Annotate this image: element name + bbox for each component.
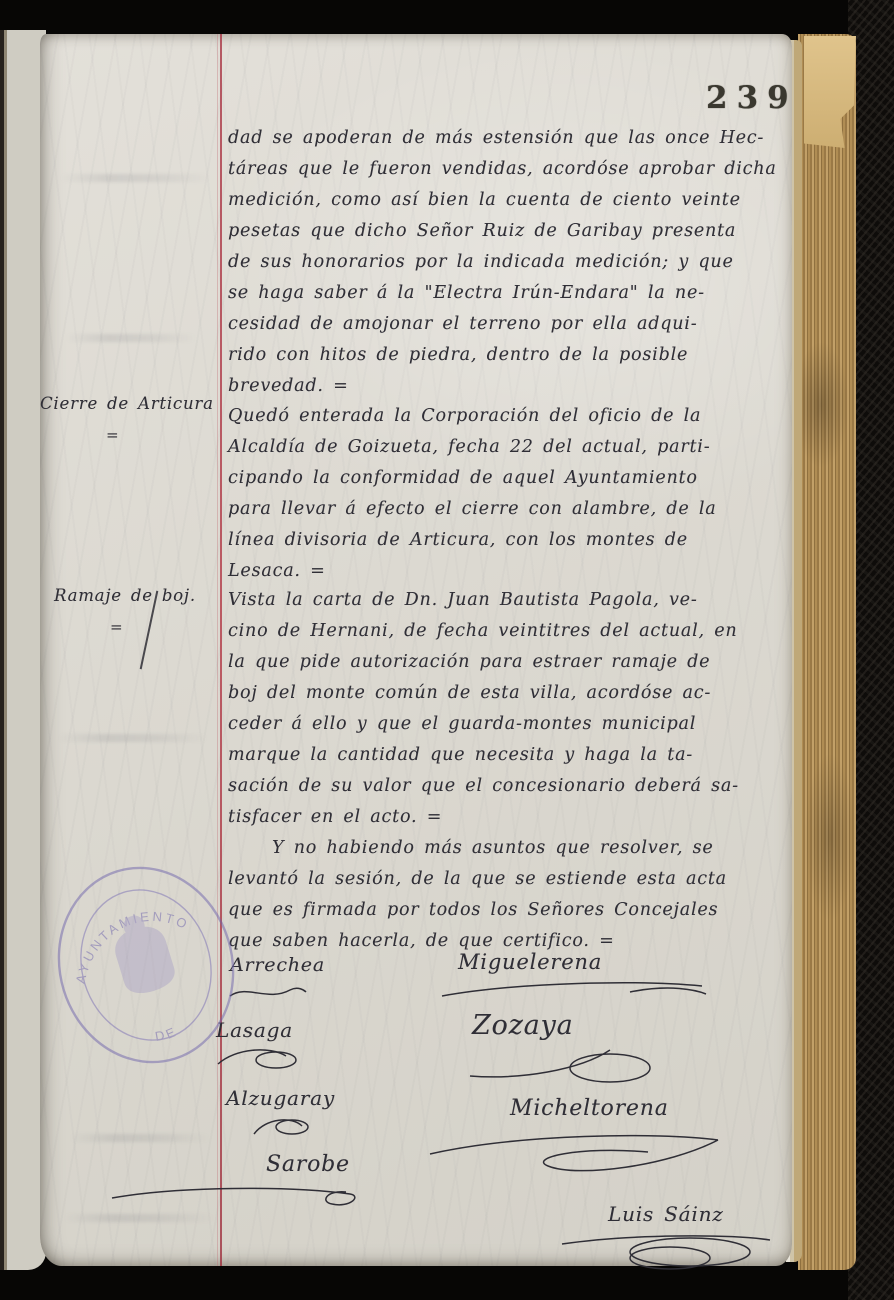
manuscript-page: 239 dad se apoderan de más estensión que… [40, 34, 792, 1266]
text-line: sación de su valor que el concesionario … [228, 776, 739, 796]
text-line: línea divisoria de Articura, con los mon… [228, 530, 688, 550]
text-line: boj del monte común de esta villa, acord… [228, 683, 711, 703]
text-line: rido con hitos de piedra, dentro de la p… [228, 345, 688, 365]
signature-rubric [440, 978, 710, 1004]
margin-note-mark: = [106, 426, 119, 444]
signature-sarobe: Sarobe [266, 1152, 350, 1177]
signature-alzugaray: Alzugaray [226, 1086, 335, 1110]
signature-rubric [216, 1046, 312, 1076]
stamp-text-bottom: DE [152, 1023, 180, 1046]
text-line: cesidad de amojonar el terreno por ella … [228, 314, 697, 334]
margin-note-cierre-de-articura: Cierre de Articura [40, 394, 214, 413]
text-line: brevedad. = [228, 376, 349, 396]
text-line: medición, como así bien la cuenta de cie… [228, 190, 741, 210]
signature-rubric [428, 1126, 728, 1186]
signature-rubric [460, 1046, 680, 1096]
signature-rubric [252, 1114, 322, 1140]
bleed-through-mark [70, 1134, 210, 1142]
text-line: cipando la conformidad de aquel Ayuntami… [228, 468, 698, 488]
red-margin-rule [220, 34, 222, 1266]
page-block-fore-edge [798, 34, 856, 1270]
text-line: de sus honorarios por la indicada medici… [228, 252, 734, 272]
signature-luis-sainz: Luis Sáinz [608, 1202, 724, 1226]
margin-note-ramaje-de-boj: Ramaje de boj. [54, 586, 196, 605]
bleed-through-mark [60, 174, 210, 182]
text-line: cino de Hernani, de fecha veintitres del… [228, 621, 737, 641]
text-line: Quedó enterada la Corporación del oficio… [228, 406, 701, 426]
signature-rubric [110, 1182, 380, 1216]
text-line: que es firmada por todos los Señores Con… [228, 900, 718, 920]
bleed-through-mark [58, 734, 208, 742]
margin-rule-echo [217, 34, 218, 1266]
signature-zozaya: Zozaya [472, 1010, 574, 1041]
text-line: táreas que le fueron vendidas, acordóse … [228, 159, 777, 179]
text-line: Lesaca. = [228, 561, 326, 581]
text-line: Alcaldía de Goizueta, fecha 22 del actua… [228, 437, 710, 457]
margin-note-mark: = [110, 618, 123, 636]
text-line: la que pide autorización para estraer ra… [228, 652, 710, 672]
text-line: para llevar á efecto el cierre con alamb… [228, 499, 716, 519]
text-line: pesetas que dicho Señor Ruiz de Garibay … [228, 221, 736, 241]
bleed-through-mark [64, 1214, 214, 1222]
signature-miguelerena: Miguelerena [458, 950, 602, 974]
text-line: Y no habiendo más asuntos que resolver, … [272, 838, 714, 858]
text-line: que saben hacerla, de que certifico. = [228, 931, 615, 951]
text-line: ceder á ello y que el guarda-montes muni… [228, 714, 696, 734]
scanned-book-photograph: 239 dad se apoderan de más estensión que… [0, 0, 894, 1300]
text-line: Vista la carta de Dn. Juan Bautista Pago… [228, 590, 698, 610]
page-number-stamp: 239 [706, 80, 798, 116]
signature-rubric [560, 1230, 780, 1280]
text-line: marque la cantidad que necesita y haga l… [228, 745, 693, 765]
bleed-through-mark [66, 334, 196, 342]
text-line: dad se apoderan de más estensión que las… [228, 128, 764, 148]
text-line: tisfacer en el acto. = [228, 807, 442, 827]
signature-micheltorena: Micheltorena [510, 1096, 669, 1121]
text-line: se haga saber á la "Electra Irún-Endara"… [228, 283, 705, 303]
text-line: levantó la sesión, de la que se estiende… [228, 869, 727, 889]
